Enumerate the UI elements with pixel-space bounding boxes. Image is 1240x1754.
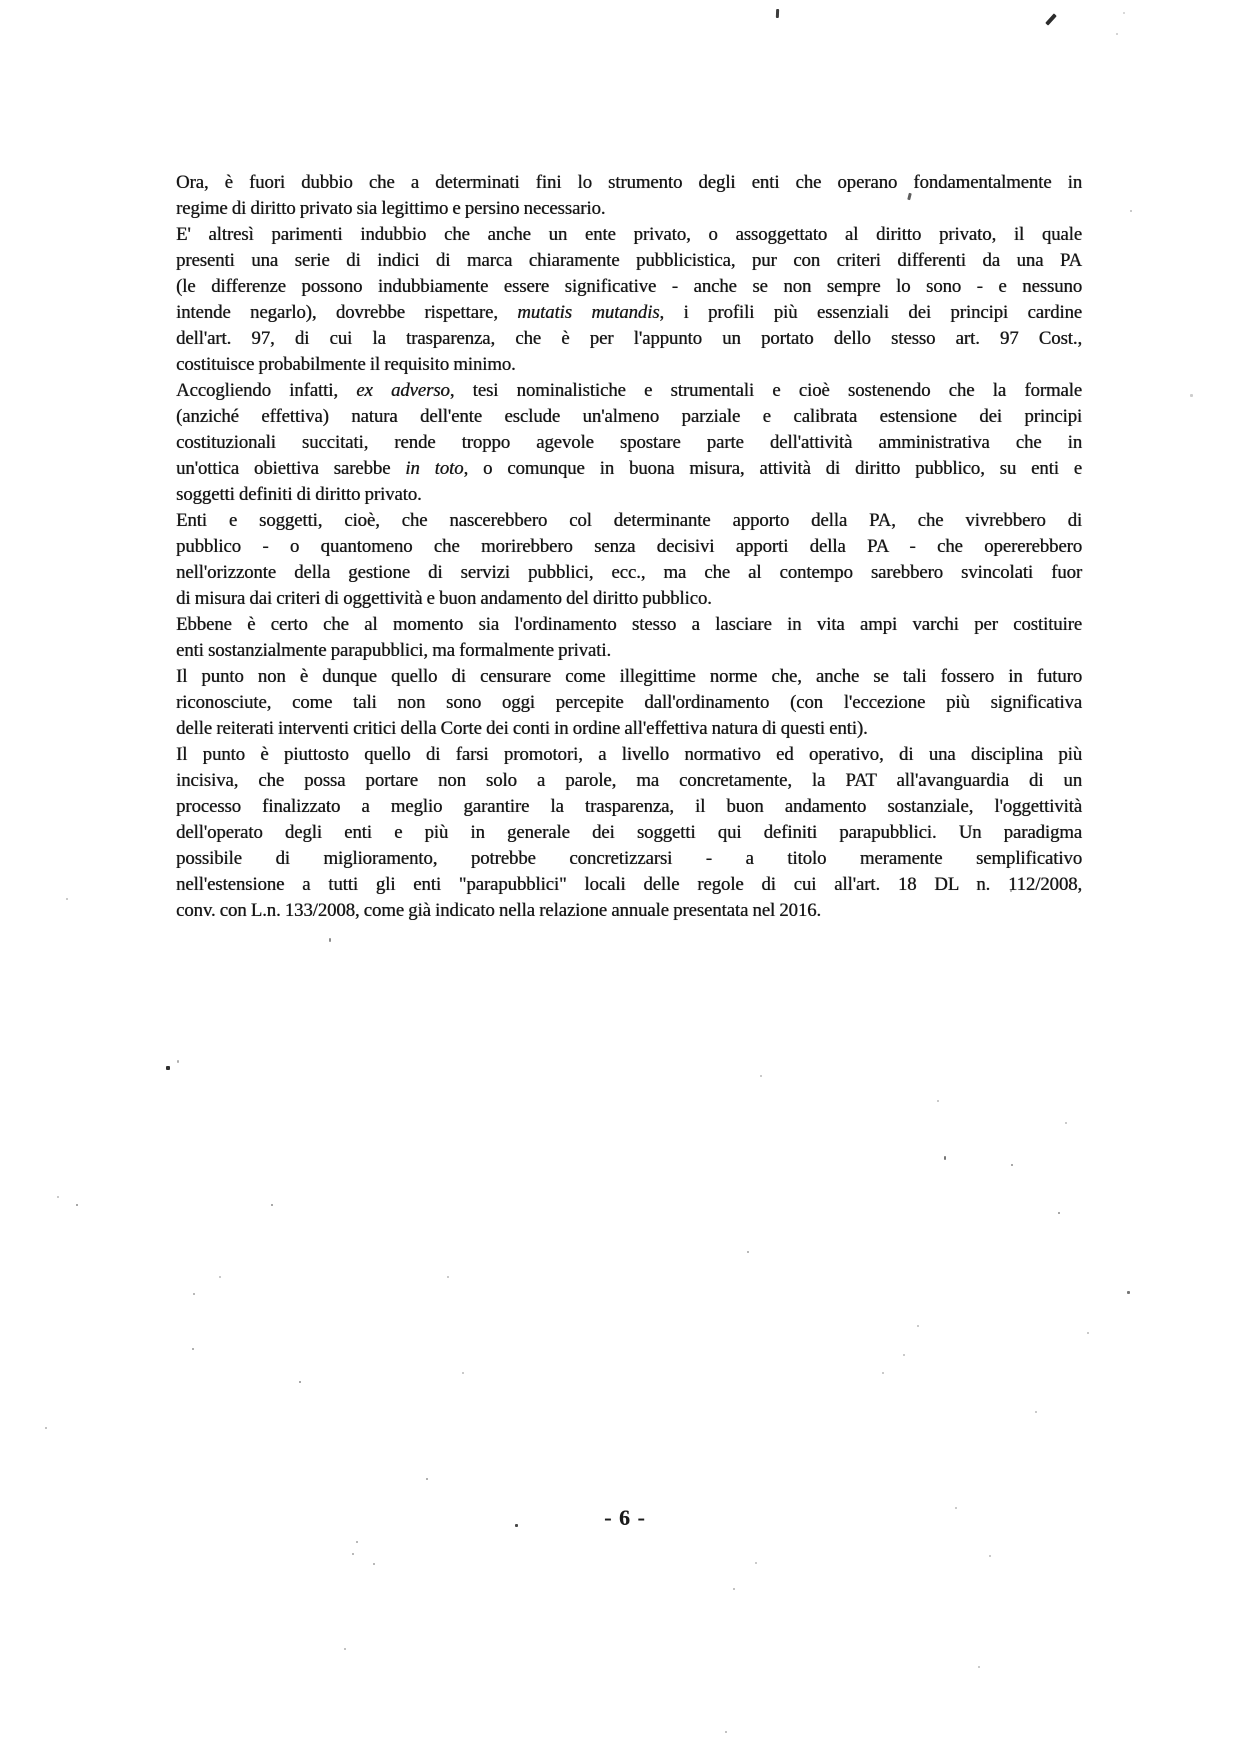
text-segment: Ebbene è certo che al momento sia l'ordi… — [176, 614, 1082, 635]
text-segment: Il punto non è dunque quello di censurar… — [176, 666, 1082, 687]
text-segment: (anziché effettiva) natura dell'ente esc… — [176, 406, 1082, 427]
text-segment: un'ottica obiettiva sarebbe — [176, 458, 405, 479]
italic-text-segment: in toto — [405, 458, 463, 479]
text-line: E' altresì parimenti indubbio che anche … — [176, 222, 1082, 248]
text-line: costituzionali succitati, rende troppo a… — [176, 430, 1082, 456]
scan-noise-speck — [978, 1666, 980, 1668]
text-line: soggetti definiti di diritto privato. — [176, 482, 1082, 508]
text-segment: costituisce probabilmente il requisito m… — [176, 354, 516, 375]
scan-noise-speck — [917, 1325, 919, 1327]
text-line: Il punto è piuttosto quello di farsi pro… — [176, 742, 1082, 768]
text-segment: processo finalizzato a meglio garantire … — [176, 796, 1082, 817]
scan-noise-speck — [1130, 210, 1132, 212]
text-line: Ora, è fuori dubbio che a determinati fi… — [176, 170, 1082, 196]
scan-noise-speck — [352, 1553, 354, 1555]
text-line: un'ottica obiettiva sarebbe in toto, o c… — [176, 456, 1082, 482]
text-line: regime di diritto privato sia legittimo … — [176, 196, 1082, 222]
text-segment: regime di diritto privato sia legittimo … — [176, 198, 605, 219]
body-text: Ora, è fuori dubbio che a determinati fi… — [176, 170, 1082, 924]
scan-noise-speck — [462, 1372, 464, 1374]
text-line: Accogliendo infatti, ex adverso, tesi no… — [176, 378, 1082, 404]
text-segment: Enti e soggetti, cioè, che nascerebbero … — [176, 510, 1082, 531]
text-segment: delle reiterati interventi critici della… — [176, 718, 868, 739]
text-segment: dell'operato degli enti e più in general… — [176, 822, 1082, 843]
scan-noise-speck — [1045, 13, 1057, 25]
text-segment: nell'estensione a tutti gli enti "parapu… — [176, 874, 1082, 895]
text-line: riconosciute, come tali non sono oggi pe… — [176, 690, 1082, 716]
text-segment: incisiva, che possa portare non solo a p… — [176, 770, 1082, 791]
scan-noise-speck — [1127, 1291, 1130, 1294]
text-segment: enti sostanzialmente parapubblici, ma fo… — [176, 640, 611, 661]
text-segment: (le differenze possono indubbiamente ess… — [176, 276, 1082, 297]
scan-noise-speck — [447, 1276, 449, 1278]
scan-noise-speck — [192, 1348, 194, 1350]
scan-noise-speck — [1058, 1212, 1060, 1214]
scan-noise-speck — [166, 1066, 170, 1070]
scan-noise-speck — [271, 1204, 273, 1206]
scan-noise-speck — [1035, 1411, 1037, 1413]
text-line: delle reiterati interventi critici della… — [176, 716, 1082, 742]
text-line: conv. con L.n. 133/2008, come già indica… — [176, 898, 1082, 924]
scan-noise-speck — [45, 1427, 47, 1429]
paragraph: Il punto è piuttosto quello di farsi pro… — [176, 742, 1082, 924]
scan-noise-speck — [426, 1478, 428, 1480]
scan-noise-speck — [329, 938, 331, 942]
text-line: (anziché effettiva) natura dell'ente esc… — [176, 404, 1082, 430]
text-line: nell'orizzonte della gestione di servizi… — [176, 560, 1082, 586]
text-segment: soggetti definiti di diritto privato. — [176, 484, 422, 505]
scan-noise-speck — [193, 1293, 195, 1295]
text-segment: possibile di miglioramento, potrebbe con… — [176, 848, 1082, 869]
italic-text-segment: mutatis mutandis — [517, 302, 659, 323]
italic-text-segment: ex adverso — [356, 380, 450, 401]
paragraph: Accogliendo infatti, ex adverso, tesi no… — [176, 378, 1082, 508]
scan-noise-speck — [760, 1075, 762, 1077]
text-segment: Il punto è piuttosto quello di farsi pro… — [176, 744, 1082, 765]
scan-noise-speck — [937, 1100, 939, 1102]
scan-noise-speck — [57, 1196, 59, 1198]
text-line: possibile di miglioramento, potrebbe con… — [176, 846, 1082, 872]
paragraph: Il punto non è dunque quello di censurar… — [176, 664, 1082, 742]
text-line: Il punto non è dunque quello di censurar… — [176, 664, 1082, 690]
text-line: pubblico - o quantomeno che morirebbero … — [176, 534, 1082, 560]
scan-noise-speck — [747, 1251, 749, 1253]
scan-noise-speck — [356, 1541, 358, 1543]
scan-noise-speck — [1116, 33, 1118, 35]
text-segment: presenti una serie di indici di marca ch… — [176, 250, 1082, 271]
text-segment: Accogliendo infatti, — [176, 380, 356, 401]
scan-noise-speck — [1011, 1164, 1013, 1166]
text-line: (le differenze possono indubbiamente ess… — [176, 274, 1082, 300]
text-segment: , i profili più essenziali dei principi … — [659, 302, 1082, 323]
text-segment: conv. con L.n. 133/2008, come già indica… — [176, 900, 821, 921]
paragraph: E' altresì parimenti indubbio che anche … — [176, 222, 1082, 378]
scan-noise-speck — [177, 1060, 179, 1063]
scanned-document-page: Ora, è fuori dubbio che a determinati fi… — [0, 0, 1240, 1754]
scan-noise-speck — [882, 1372, 884, 1374]
scan-noise-speck — [66, 898, 68, 900]
text-segment: Ora, è fuori dubbio che a determinati fi… — [176, 172, 1082, 193]
text-line: intende negarlo), dovrebbe rispettare, m… — [176, 300, 1082, 326]
text-line: incisiva, che possa portare non solo a p… — [176, 768, 1082, 794]
scan-noise-speck — [944, 1156, 946, 1160]
paragraph: Ora, è fuori dubbio che a determinati fi… — [176, 170, 1082, 222]
paragraph: Ebbene è certo che al momento sia l'ordi… — [176, 612, 1082, 664]
scan-noise-speck — [299, 1381, 301, 1383]
text-segment: , tesi nominalistiche e strumentali e ci… — [450, 380, 1082, 401]
text-segment: riconosciute, come tali non sono oggi pe… — [176, 692, 1082, 713]
scan-noise-speck — [373, 1563, 375, 1565]
text-line: dell'operato degli enti e più in general… — [176, 820, 1082, 846]
text-line: Enti e soggetti, cioè, che nascerebbero … — [176, 508, 1082, 534]
text-line: Ebbene è certo che al momento sia l'ordi… — [176, 612, 1082, 638]
scan-noise-speck — [725, 1731, 727, 1733]
scan-noise-speck — [1087, 1332, 1089, 1334]
text-segment: , o comunque in buona misura, attività d… — [463, 458, 1082, 479]
text-line: costituisce probabilmente il requisito m… — [176, 352, 1082, 378]
text-line: di misura dai criteri di oggettività e b… — [176, 586, 1082, 612]
text-line: nell'estensione a tutti gli enti "parapu… — [176, 872, 1082, 898]
scan-noise-speck — [989, 1555, 991, 1557]
scan-noise-speck — [733, 1588, 735, 1590]
scan-noise-speck — [344, 1648, 346, 1650]
paragraph: Enti e soggetti, cioè, che nascerebbero … — [176, 508, 1082, 612]
text-line: processo finalizzato a meglio garantire … — [176, 794, 1082, 820]
scan-noise-speck — [1123, 12, 1125, 14]
page-number: - 6 - — [0, 1505, 1240, 1531]
scan-noise-speck — [1065, 1122, 1067, 1124]
text-segment: pubblico - o quantomeno che morirebbero … — [176, 536, 1082, 557]
text-segment: nell'orizzonte della gestione di servizi… — [176, 562, 1082, 583]
text-segment: costituzionali succitati, rende troppo a… — [176, 432, 1082, 453]
text-line: enti sostanzialmente parapubblici, ma fo… — [176, 638, 1082, 664]
text-segment: E' altresì parimenti indubbio che anche … — [176, 224, 1082, 245]
text-line: dell'art. 97, di cui la trasparenza, che… — [176, 326, 1082, 352]
text-segment: di misura dai criteri di oggettività e b… — [176, 588, 712, 609]
text-segment: dell'art. 97, di cui la trasparenza, che… — [176, 328, 1082, 349]
scan-noise-speck — [219, 1276, 221, 1278]
text-segment: intende negarlo), dovrebbe rispettare, — [176, 302, 517, 323]
scan-noise-speck — [1190, 394, 1193, 397]
scan-noise-speck — [903, 1354, 905, 1356]
scan-noise-speck — [776, 9, 779, 18]
scan-noise-speck — [76, 1204, 78, 1206]
text-line: presenti una serie di indici di marca ch… — [176, 248, 1082, 274]
scan-noise-speck — [755, 1562, 757, 1564]
